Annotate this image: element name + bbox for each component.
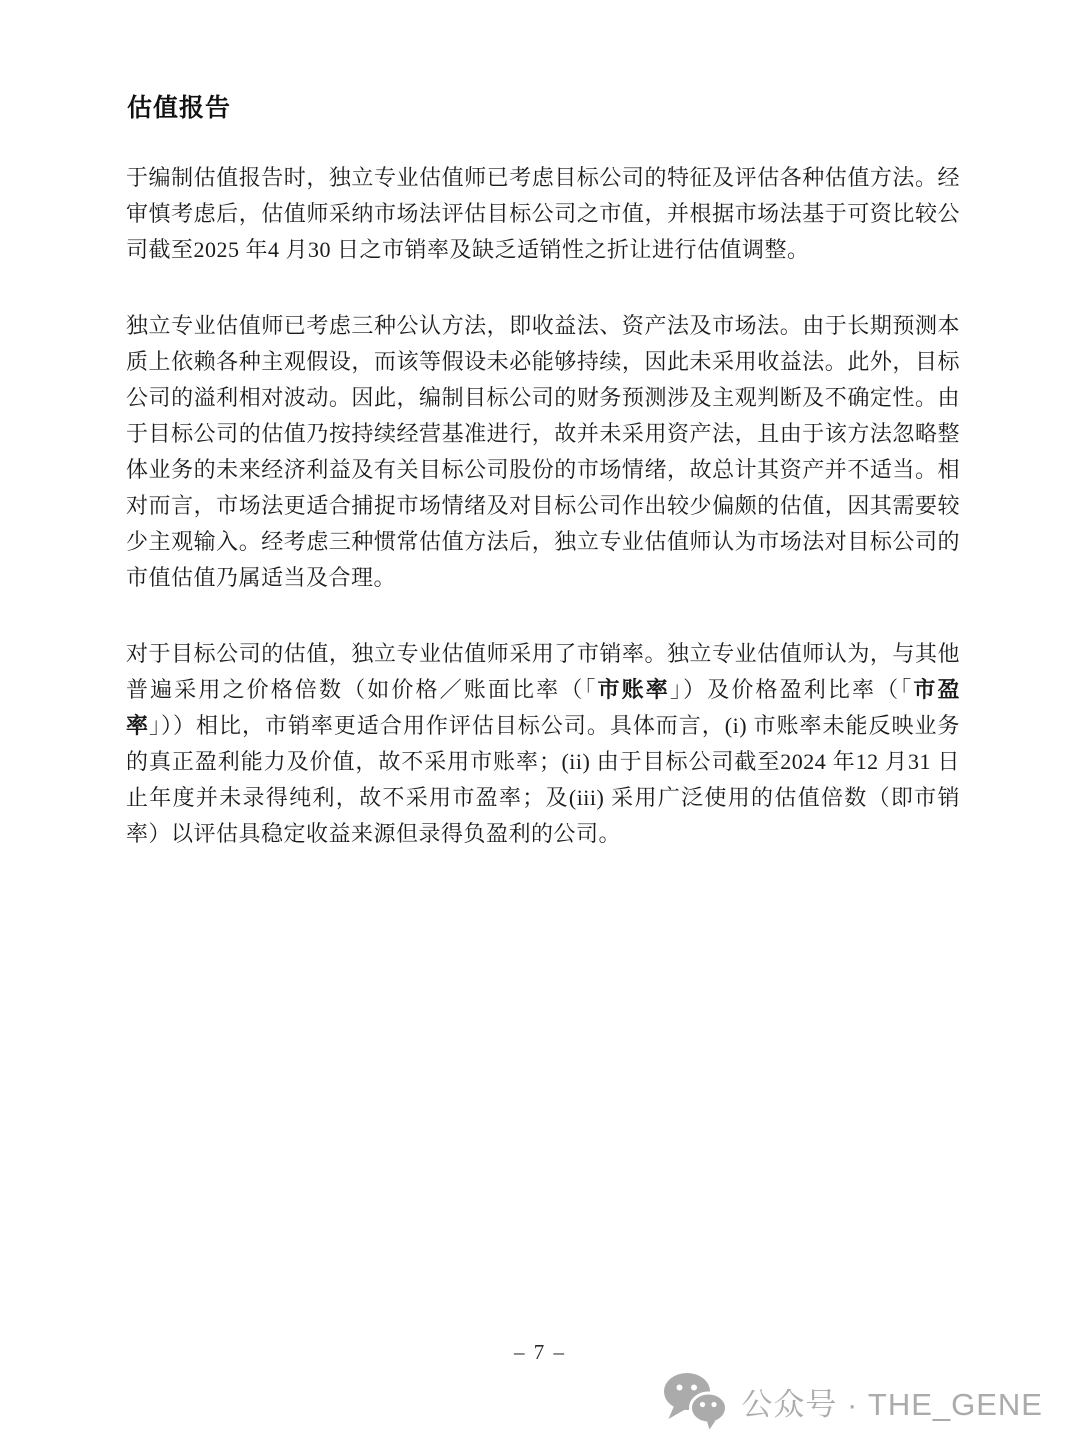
text-run: 」））相比，市销率更适合用作评估目标公司。具体而言，(i) 市账率未能反映业务的… [126, 713, 960, 846]
document-page: 估值报告 于编制估值报告时，独立专业估值师已考虑目标公司的特征及评估各种估值方法… [0, 0, 1080, 1440]
page-title: 估值报告 [127, 88, 231, 124]
paragraph-three-methods: 独立专业估值师已考虑三种公认方法，即收益法、资产法及市场法。由于长期预测本质上依… [126, 308, 960, 596]
text-run: 独立专业估值师已考虑三种公认方法，即收益法、资产法及市场法。由于长期预测本质上依… [126, 313, 960, 590]
paragraph-ps-ratio-rationale: 对于目标公司的估值，独立专业估值师采用了市销率。独立专业估值师认为，与其他普遍采… [126, 636, 960, 852]
document-body: 于编制估值报告时，独立专业估值师已考虑目标公司的特征及评估各种估值方法。经审慎考… [126, 160, 960, 892]
watermark-label: 公众号 · THE_GENE [741, 1379, 1043, 1424]
bold-term: 市账率 [598, 677, 670, 702]
text-run: 」）及价格盈利比率（「 [670, 677, 913, 702]
page-footer: – 7 – [0, 1340, 1080, 1365]
page-number: – 7 – [514, 1340, 566, 1364]
paragraph-valuation-approach: 于编制估值报告时，独立专业估值师已考虑目标公司的特征及评估各种估值方法。经审慎考… [126, 160, 960, 268]
wechat-watermark: 公众号 · THE_GENE [663, 1372, 1043, 1430]
text-run: 于编制估值报告时，独立专业估值师已考虑目标公司的特征及评估各种估值方法。经审慎考… [126, 165, 960, 262]
wechat-icon [663, 1372, 727, 1430]
